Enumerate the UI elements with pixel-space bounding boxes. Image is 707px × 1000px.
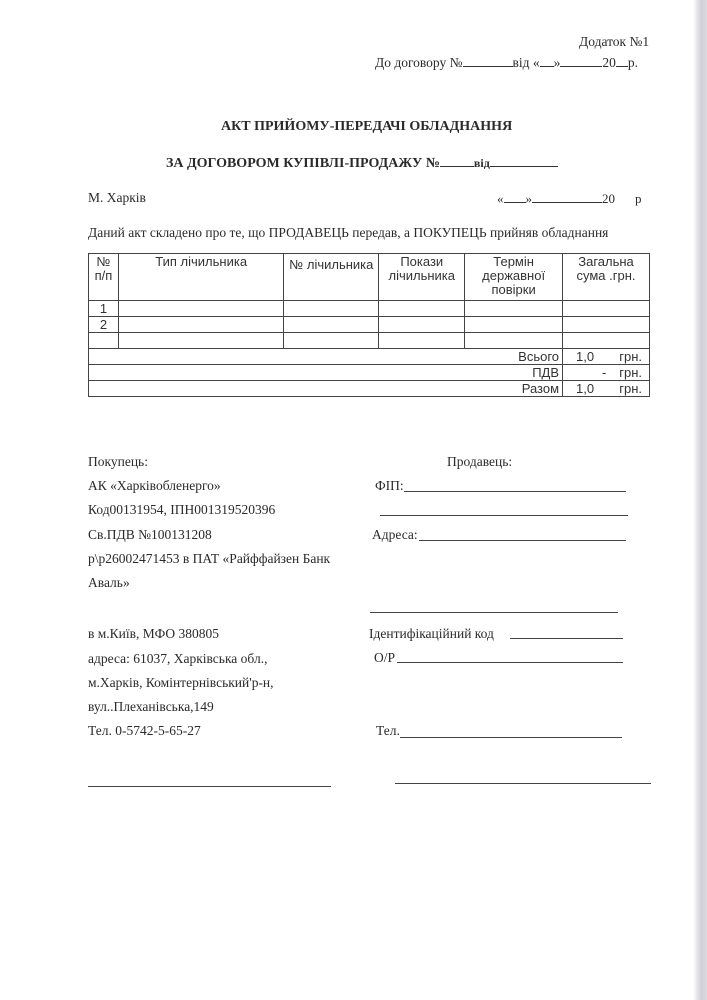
- buyer-phone: Тел. 0-5742-5-65-27: [88, 723, 201, 739]
- col-header-meter-type: Тип лічильника: [118, 254, 283, 301]
- total-row-subtotal: Всього 1,0грн.: [89, 349, 650, 365]
- contract-month-field[interactable]: [560, 54, 602, 67]
- subtotal-currency: грн.: [619, 350, 642, 364]
- buyer-company: АК «Харківобленерго»: [88, 478, 221, 494]
- vat-value: -: [602, 366, 606, 380]
- total-sum-cell[interactable]: [563, 333, 650, 349]
- table-row: 2: [89, 317, 650, 333]
- meter-readings-cell[interactable]: [379, 333, 465, 349]
- act-day-field[interactable]: [504, 190, 526, 203]
- grand-total-currency: грн.: [619, 382, 642, 396]
- meter-readings-cell[interactable]: [379, 317, 465, 333]
- meter-number-cell[interactable]: [284, 301, 379, 317]
- seller-fio-field-2[interactable]: [380, 515, 628, 516]
- col-header-total-sum: Загальна сума .грн.: [563, 254, 650, 301]
- vat-label: ПДВ: [89, 365, 563, 381]
- seller-id-code-label: Ідентифікаційний код: [369, 626, 494, 642]
- meter-number-cell[interactable]: [284, 333, 379, 349]
- col-header-verification-term: Термін державної повірки: [465, 254, 563, 301]
- buyer-bank-account: р\р26002471453 в ПАТ «Райффайзен Банк: [88, 551, 330, 567]
- act-date: «»20р: [497, 190, 642, 207]
- total-sum-cell[interactable]: [563, 317, 650, 333]
- seller-address-field-2[interactable]: [370, 612, 618, 613]
- grand-total-value: 1,0: [576, 382, 594, 396]
- city-label: М. Харків: [88, 190, 146, 206]
- row-number: 2: [89, 317, 119, 333]
- verification-term-cell[interactable]: [465, 333, 563, 349]
- meter-type-cell[interactable]: [118, 301, 283, 317]
- buyer-vat-certificate: Св.ПДВ №100131208: [88, 527, 212, 543]
- contract-reference: До договору №від «»20р.: [375, 54, 638, 71]
- grand-total-label: Разом: [89, 381, 563, 397]
- buyer-heading: Покупець:: [88, 454, 148, 470]
- subtotal-value: 1,0: [576, 350, 594, 364]
- contract-year-field[interactable]: [616, 54, 628, 67]
- col-header-meter-number: № лічильника: [284, 254, 379, 301]
- meter-readings-cell[interactable]: [379, 301, 465, 317]
- scan-edge: [693, 0, 707, 1000]
- seller-phone-label: Тел.: [376, 723, 400, 739]
- meter-type-cell[interactable]: [118, 333, 283, 349]
- buyer-address-1: адреса: 61037, Харківська обл.,: [88, 651, 267, 667]
- verification-term-cell[interactable]: [465, 301, 563, 317]
- contract-day-field[interactable]: [540, 54, 554, 67]
- subtotal-label: Всього: [89, 349, 563, 365]
- buyer-address-2: м.Харків, Комінтернівський'р-н,: [88, 675, 274, 691]
- appendix-label: Додаток №1: [579, 34, 649, 50]
- col-header-meter-readings: Покази лічильника: [379, 254, 465, 301]
- seller-address-field[interactable]: [419, 540, 626, 541]
- table-row: [89, 333, 650, 349]
- document-subtitle: ЗА ДОГОВОРОМ КУПІВЛІ-ПРОДАЖУ №від: [166, 154, 558, 172]
- sale-contract-number-field[interactable]: [440, 154, 474, 167]
- seller-heading: Продавець:: [447, 454, 512, 470]
- seller-signature-line[interactable]: [395, 783, 651, 784]
- seller-address-label: Адреса:: [372, 527, 418, 543]
- meter-number-cell[interactable]: [284, 317, 379, 333]
- total-sum-cell[interactable]: [563, 301, 650, 317]
- buyer-codes: Код00131954, ІПН001319520396: [88, 502, 275, 518]
- table-row: 1: [89, 301, 650, 317]
- seller-account-label: О/Р: [374, 650, 395, 666]
- col-header-number: № п/п: [89, 254, 119, 301]
- meter-type-cell[interactable]: [118, 317, 283, 333]
- buyer-address-3: вул..Плеханівська,149: [88, 699, 214, 715]
- seller-fio-field[interactable]: [404, 491, 626, 492]
- statement-text: Даний акт складено про те, що ПРОДАВЕЦЬ …: [88, 225, 608, 241]
- buyer-bank-city: в м.Київ, МФО 380805: [88, 626, 219, 642]
- contract-number-field[interactable]: [463, 54, 513, 67]
- total-row-grand: Разом 1,0грн.: [89, 381, 650, 397]
- equipment-table: № п/п Тип лічильника № лічильника Покази…: [88, 253, 650, 397]
- table-header-row: № п/п Тип лічильника № лічильника Покази…: [89, 254, 650, 301]
- row-number: [89, 333, 119, 349]
- document-title: АКТ ПРИЙОМУ-ПЕРЕДАЧІ ОБЛАДНАННЯ: [221, 119, 512, 135]
- seller-phone-field[interactable]: [400, 737, 622, 738]
- sale-contract-date-field[interactable]: [490, 154, 558, 167]
- vat-currency: грн.: [619, 366, 642, 380]
- buyer-bank-name-cont: Аваль»: [88, 575, 130, 591]
- total-row-vat: ПДВ -грн.: [89, 365, 650, 381]
- seller-account-field[interactable]: [397, 662, 623, 663]
- seller-fio-label: ФІП:: [375, 478, 404, 494]
- verification-term-cell[interactable]: [465, 317, 563, 333]
- buyer-signature-line[interactable]: [88, 786, 331, 787]
- act-month-field[interactable]: [532, 190, 602, 203]
- seller-id-code-field[interactable]: [510, 638, 623, 639]
- row-number: 1: [89, 301, 119, 317]
